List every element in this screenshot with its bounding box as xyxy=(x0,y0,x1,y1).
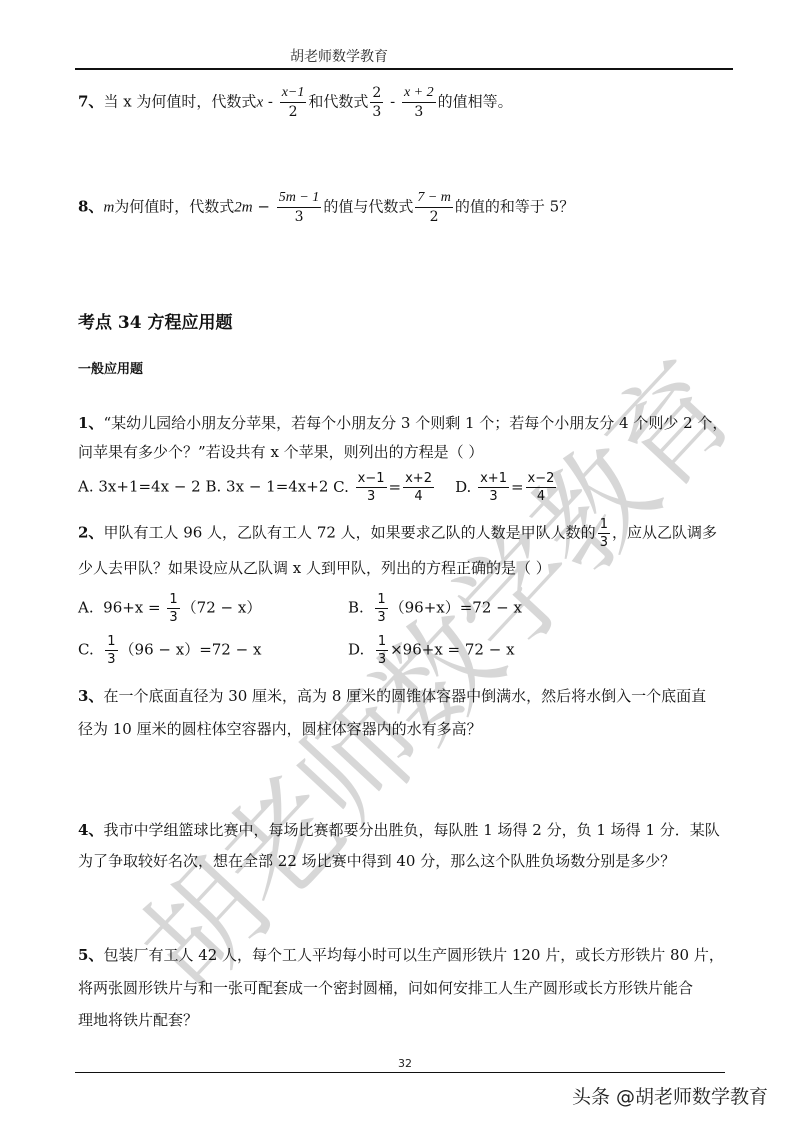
problem-number: 2、 xyxy=(78,524,103,542)
option-text: （72 − x） xyxy=(182,599,262,617)
problem-1-line-1: 1、“某幼儿园给小朋友分苹果，若每个小朋友分 3 个则剩 1 个；若每个小朋友分… xyxy=(78,413,727,433)
fraction: 13 xyxy=(167,593,179,624)
problem-2-option-c: C. 13（96 − x）=72 − x xyxy=(78,635,261,666)
option-text: （96+x）=72 − x xyxy=(390,599,522,617)
question-8: 8、m为何值时，代数式2m − 5m − 13的值与代数式7 − m2的值的和等… xyxy=(78,191,574,224)
problem-text: ，应从乙队调多 xyxy=(612,524,717,542)
fraction: x+13 xyxy=(478,472,509,503)
fraction-numerator: 1 xyxy=(167,593,179,609)
problem-text: 在一个底面直径为 30 厘米，高为 8 厘米的圆锥体容器中倒满水，然后将水倒入一… xyxy=(103,687,706,705)
fraction: 13 xyxy=(105,635,117,666)
problem-3-line-2: 径为 10 厘米的圆柱体空容器内，圆柱体容器内的水有多高？ xyxy=(78,719,482,739)
option-c: C. x−13=x+24 xyxy=(333,478,441,496)
fraction-denominator: 4 xyxy=(537,488,545,503)
question-text: 的值相等。 xyxy=(438,93,513,111)
option-label: C. xyxy=(78,641,94,659)
footer-rule xyxy=(75,1072,725,1073)
fraction-numerator: x+1 xyxy=(478,472,509,488)
fraction-numerator: 1 xyxy=(105,635,117,651)
fraction-numerator: x−1 xyxy=(356,472,387,488)
option-label: C. xyxy=(333,478,349,496)
fraction: x−24 xyxy=(526,472,557,503)
subsection-title: 一般应用题 xyxy=(78,358,143,377)
fraction-numerator: 1 xyxy=(376,635,388,651)
fraction-numerator: 7 − m xyxy=(415,191,453,208)
fraction-denominator: 3 xyxy=(372,103,381,119)
problem-5-line-3: 理地将铁片配套？ xyxy=(78,1010,198,1030)
problem-number: 5、 xyxy=(78,946,103,964)
problem-2-option-d: D. 13×96+x = 72 − x xyxy=(348,635,515,666)
fraction: 7 − m2 xyxy=(415,191,453,224)
problem-2-option-a: A. 96+x = 13（72 − x） xyxy=(78,593,261,624)
fraction-denominator: 2 xyxy=(430,208,439,224)
option-text: ×96+x = 72 − x xyxy=(390,641,514,659)
option-label: B. xyxy=(348,599,364,617)
question-text: 当 x 为何值时，代数式 xyxy=(103,93,256,111)
problem-1-options: A. 3x+1=4x − 2 B. 3x − 1=4x+2 C. x−13=x+… xyxy=(78,472,558,503)
fraction: 13 xyxy=(598,518,610,549)
fraction: x + 23 xyxy=(402,86,436,119)
math-operator: - xyxy=(263,93,278,111)
question-text: 的值与代数式 xyxy=(323,198,413,216)
problem-text: 包装厂有工人 42 人，每个工人平均每小时可以生产圆形铁片 120 片，或长方形… xyxy=(103,946,723,964)
math-operator: = xyxy=(511,478,524,496)
math-operator: = xyxy=(389,478,402,496)
fraction: 23 xyxy=(370,86,383,119)
fraction: x−12 xyxy=(280,86,307,119)
fraction-denominator: 2 xyxy=(289,103,298,119)
question-number: 8、 xyxy=(78,198,103,216)
fraction-numerator: x+2 xyxy=(403,472,434,488)
option-a: A. 3x+1=4x − 2 xyxy=(78,478,201,496)
fraction-denominator: 3 xyxy=(107,651,115,666)
page-number: 32 xyxy=(398,1057,412,1070)
fraction-numerator: x−1 xyxy=(280,86,307,103)
math-term: 2m xyxy=(234,200,252,216)
math-variable: m xyxy=(103,200,114,216)
fraction: 5m − 13 xyxy=(277,191,322,224)
question-text: 和代数式 xyxy=(308,93,368,111)
fraction-numerator: x−2 xyxy=(526,472,557,488)
option-b: B. 3x − 1=4x+2 xyxy=(205,478,328,496)
problem-5-line-1: 5、包装厂有工人 42 人，每个工人平均每小时可以生产圆形铁片 120 片，或长… xyxy=(78,945,724,965)
fraction-denominator: 4 xyxy=(414,488,422,503)
fraction-denominator: 3 xyxy=(414,103,423,119)
problem-text: 甲队有工人 96 人，乙队有工人 72 人，如果要求乙队的人数是甲队人数的 xyxy=(103,524,595,542)
math-operator: - xyxy=(385,93,400,111)
fraction-denominator: 3 xyxy=(378,651,386,666)
question-text: 为何值时，代数式 xyxy=(114,198,234,216)
source-attribution: 头条 @胡老师数学教育 xyxy=(572,1082,768,1109)
problem-2-option-b: B. 13（96+x）=72 − x xyxy=(348,593,522,624)
option-label: D. xyxy=(348,641,364,659)
fraction: 13 xyxy=(375,593,387,624)
problem-5-line-2: 将两张圆形铁片与和一张可配套成一个密封圆桶，问如何安排工人生产圆形或长方形铁片能… xyxy=(78,978,693,998)
problem-1-line-2: 问苹果有多少个？”若设共有 x 个苹果，则列出的方程是（ ） xyxy=(78,442,483,462)
problem-4-line-2: 为了争取较好名次，想在全部 22 场比赛中得到 40 分，那么这个队胜负场数分别… xyxy=(78,851,675,871)
fraction-denominator: 3 xyxy=(377,609,385,624)
section-title: 考点 34 方程应用题 xyxy=(78,308,233,333)
option-text: 96+x = xyxy=(103,599,165,617)
question-number: 7、 xyxy=(78,93,103,111)
fraction-denominator: 3 xyxy=(367,488,375,503)
fraction-numerator: 2 xyxy=(370,86,383,103)
fraction-numerator: x + 2 xyxy=(402,86,436,103)
problem-4-line-1: 4、我市中学组篮球比赛中，每场比赛都要分出胜负，每队胜 1 场得 2 分，负 1… xyxy=(78,820,720,840)
option-label: A. xyxy=(78,599,94,617)
problem-number: 1、 xyxy=(78,414,103,432)
fraction-denominator: 3 xyxy=(600,534,608,549)
page-header-title: 胡老师数学教育 xyxy=(290,46,388,66)
fraction: x+24 xyxy=(403,472,434,503)
problem-2-line-1: 2、甲队有工人 96 人，乙队有工人 72 人，如果要求乙队的人数是甲队人数的1… xyxy=(78,518,717,549)
problem-3-line-1: 3、在一个底面直径为 30 厘米，高为 8 厘米的圆锥体容器中倒满水，然后将水倒… xyxy=(78,686,706,706)
fraction: 13 xyxy=(376,635,388,666)
problem-number: 4、 xyxy=(78,821,103,839)
fraction-denominator: 3 xyxy=(169,609,177,624)
question-text: 的值的和等于 5？ xyxy=(455,198,574,216)
fraction-numerator: 1 xyxy=(598,518,610,534)
problem-number: 3、 xyxy=(78,687,103,705)
math-operator: − xyxy=(253,198,275,216)
option-d: D. x+13=x−24 xyxy=(455,478,558,496)
fraction-numerator: 5m − 1 xyxy=(277,191,322,208)
header-rule xyxy=(75,68,733,70)
problem-2-line-2: 少人去甲队？如果设应从乙队调 x 人到甲队，列出的方程正确的是（ ） xyxy=(78,558,551,578)
fraction-numerator: 1 xyxy=(375,593,387,609)
question-7: 7、当 x 为何值时，代数式x - x−12和代数式23 - x + 23的值相… xyxy=(78,86,513,119)
problem-text: “某幼儿园给小朋友分苹果，若每个小朋友分 3 个则剩 1 个；若每个小朋友分 4… xyxy=(103,414,727,432)
fraction: x−13 xyxy=(356,472,387,503)
option-text: （96 − x）=72 − x xyxy=(120,641,262,659)
option-label: D. xyxy=(455,478,471,496)
fraction-denominator: 3 xyxy=(489,488,497,503)
problem-text: 我市中学组篮球比赛中，每场比赛都要分出胜负，每队胜 1 场得 2 分，负 1 场… xyxy=(103,821,719,839)
fraction-denominator: 3 xyxy=(295,208,304,224)
